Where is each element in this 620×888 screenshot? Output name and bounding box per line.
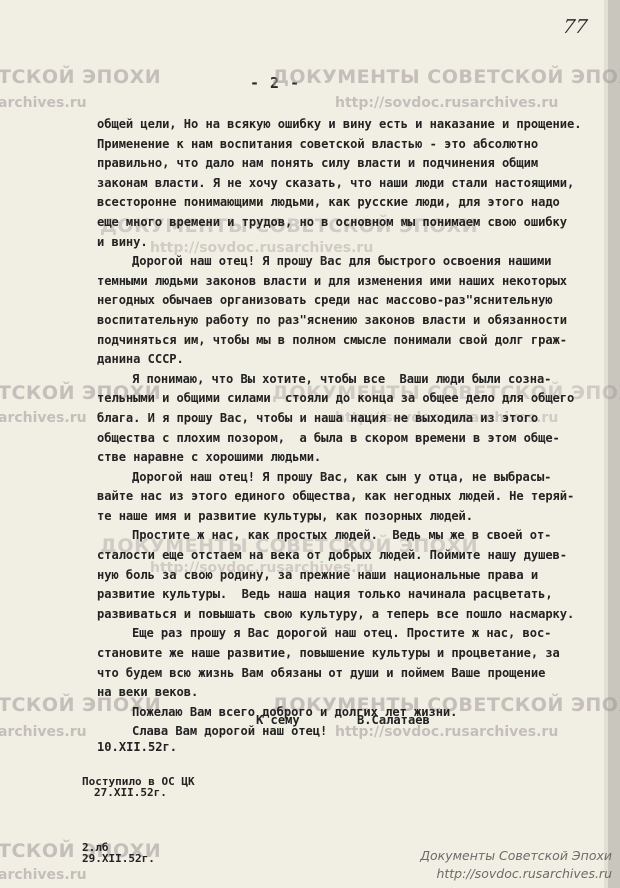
- footer-watermark-title: Документы Советской Эпохи: [420, 848, 612, 863]
- body-line: данина СССР.: [97, 350, 612, 370]
- body-line: становите же наше развитие, повышение ку…: [97, 644, 612, 664]
- body-line: ную боль за свою родину, за прежние наши…: [97, 566, 612, 586]
- body-line: Применение к нам воспитания советской вл…: [97, 135, 612, 155]
- body-line: еще много времени и трудов, но в основно…: [97, 213, 612, 233]
- body-line: Пожелаю Вам всего доброго и долгих лет ж…: [97, 703, 612, 723]
- received-stamp-line2: 27.ХII.52г.: [94, 787, 167, 799]
- body-line: тельными и общими силами стояли до конца…: [97, 389, 612, 409]
- body-line: сталости еще отстаем на века от добрых л…: [97, 546, 612, 566]
- body-line: блага. И я прошу Вас, чтобы и наша нация…: [97, 409, 612, 429]
- body-line: Я понимаю, что Вы хотите, чтобы все Ваши…: [97, 370, 612, 390]
- body-line: Еще раз прошу я Вас дорогой наш отец. Пр…: [97, 624, 612, 644]
- body-line: подчиняться им, чтобы мы в полном смысле…: [97, 331, 612, 351]
- sheets-date: 29.ХII.52г.: [82, 853, 155, 865]
- body-line: темными людьми законов власти и для изме…: [97, 272, 612, 292]
- body-line: на веки веков.: [97, 683, 612, 703]
- body-line: и вину.: [97, 233, 612, 253]
- body-line: воспитательную работу по раз"яснению зак…: [97, 311, 612, 331]
- page-number: - 2 -: [250, 74, 300, 92]
- body-line: что будем всю жизнь Вам обязаны от души …: [97, 664, 612, 684]
- letter-body: общей цели, Но на всякую ошибку и вину е…: [97, 115, 612, 742]
- body-line: те наше имя и развитие культуры, как поз…: [97, 507, 612, 527]
- body-line: развиваться и повышать свою культуру, а …: [97, 605, 612, 625]
- closing-phrase: К сему: [256, 713, 300, 727]
- signature: В.Салатаев: [357, 713, 430, 727]
- body-line: Простите ж нас, как простых людей. Ведь …: [97, 526, 612, 546]
- body-line: общей цели, Но на всякую ошибку и вину е…: [97, 115, 612, 135]
- body-line: общества с плохим позором, а была в скор…: [97, 429, 612, 449]
- body-line: Дорогой наш отец! Я прошу Вас, как сын у…: [97, 468, 612, 488]
- folio-number: 77: [561, 16, 588, 38]
- letter-date: 10.ХII.52г.: [97, 740, 177, 754]
- body-line: развитие культуры. Ведь наша нация тольк…: [97, 585, 612, 605]
- body-line: всесторонне понимающими людьми, как русс…: [97, 193, 612, 213]
- body-line: вайте нас из этого единого общества, как…: [97, 487, 612, 507]
- footer-watermark-url: http://sovdoc.rusarchives.ru: [436, 866, 612, 881]
- body-line: законам власти. Я не хочу сказать, что н…: [97, 174, 612, 194]
- body-line: негодных обычаев организовать среди нас …: [97, 291, 612, 311]
- body-line: правильно, что дало нам понять силу влас…: [97, 154, 612, 174]
- body-line: стве наравне с хорошими людьми.: [97, 448, 612, 468]
- body-line: Дорогой наш отец! Я прошу Вас для быстро…: [97, 252, 612, 272]
